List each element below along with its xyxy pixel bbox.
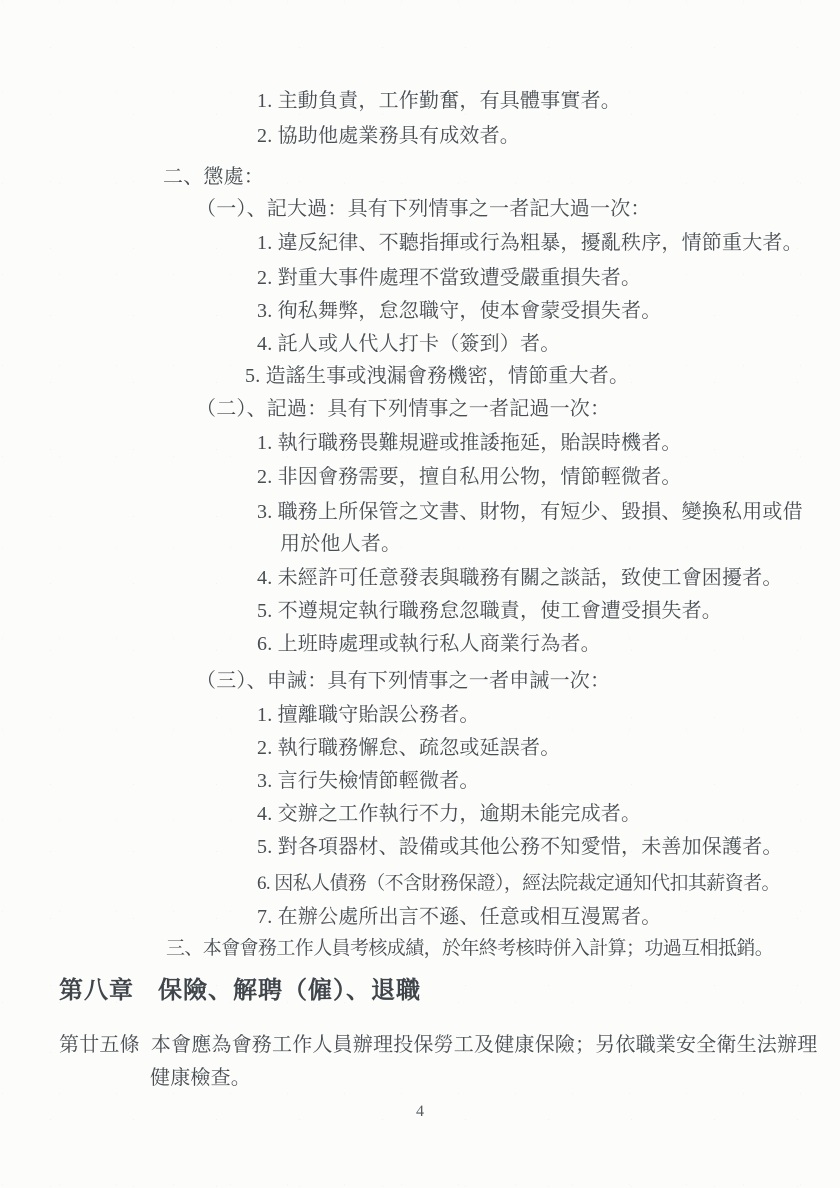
major-demerit-item: 1. 違反紀律、不聽指揮或行為粗暴，擾亂秩序，情節重大者。: [257, 226, 803, 260]
chapter-number: 第八章: [59, 978, 134, 1004]
page-number: 4: [0, 1100, 840, 1124]
demerit-item: 3. 職務上所保管之文書、財物，有短少、毀損、變換私用或借: [257, 495, 803, 529]
major-demerit-item: 5. 造謠生事或洩漏會務機密，情節重大者。: [245, 359, 629, 393]
reprimand-item: 5. 對各項器材、設備或其他公務不知愛惜，未善加保護者。: [257, 830, 783, 864]
merit-item: 2. 協助他處業務具有成效者。: [257, 119, 520, 153]
document-page: 1. 主動負責，工作勤奮，有具體事實者。 2. 協助他處業務具有成效者。 二、懲…: [0, 0, 840, 1188]
demerit-item: 5. 不遵規定執行職務怠忽職責，使工會遭受損失者。: [257, 594, 722, 628]
demerit-item: 2. 非因會務需要，擅自私用公物，情節輕微者。: [257, 460, 682, 494]
chapter-title: 保險、解聘（僱）、退職: [158, 978, 421, 1004]
reprimand-item: 7. 在辦公處所出言不遜、任意或相互漫罵者。: [257, 900, 661, 934]
reprimand-item: 1. 擅離職守貽誤公務者。: [257, 698, 480, 732]
reprimand-item: 6. 因私人債務（不含財務保證），經法院裁定通知代扣其薪資者。: [257, 867, 780, 901]
reprimand-heading: （三）、申誡：具有下列情事之一者申誡一次：: [196, 664, 610, 698]
annual-assessment-note: 三、本會會務工作人員考核成績，於年終考核時併入計算；功過互相抵銷。: [166, 932, 773, 966]
major-demerit-item: 4. 託人或人代人打卡（簽到）者。: [257, 327, 560, 361]
reprimand-item: 4. 交辦之工作執行不力，逾期未能完成者。: [257, 797, 641, 831]
demerit-item: 4. 未經許可任意發表與職務有關之談話，致使工會困擾者。: [257, 561, 783, 595]
major-demerit-item: 3. 徇私舞弊，怠忽職守，使本會蒙受損失者。: [257, 294, 661, 328]
article-number: 第廿五條: [59, 1034, 140, 1056]
demerit-item: 6. 上班時處理或執行私人商業行為者。: [257, 627, 601, 661]
demerit-heading: （二）、記過：具有下列情事之一者記過一次：: [196, 392, 610, 426]
chapter-heading: 第八章保險、解聘（僱）、退職: [59, 971, 421, 1011]
merit-item: 1. 主動負責，工作勤奮，有具體事實者。: [257, 84, 621, 118]
discipline-heading: 二、懲處：: [163, 160, 264, 194]
article-text: 本會應為會務工作人員辦理投保勞工及健康保險；另依職業安全衛生法辦理: [151, 1034, 818, 1056]
demerit-item-continuation: 用於他人者。: [280, 527, 401, 561]
article-line: 第廿五條本會應為會務工作人員辦理投保勞工及健康保險；另依職業安全衛生法辦理: [59, 1028, 817, 1062]
reprimand-item: 2. 執行職務懈怠、疏忽或延誤者。: [257, 731, 560, 765]
demerit-item: 1. 執行職務畏難規避或推諉拖延，貽誤時機者。: [257, 426, 682, 460]
reprimand-item: 3. 言行失檢情節輕微者。: [257, 764, 480, 798]
major-demerit-heading: （一）、記大過：具有下列情事之一者記大過一次：: [196, 192, 651, 226]
article-text-continuation: 健康檢查。: [150, 1061, 251, 1095]
major-demerit-item: 2. 對重大事件處理不當致遭受嚴重損失者。: [257, 261, 641, 295]
